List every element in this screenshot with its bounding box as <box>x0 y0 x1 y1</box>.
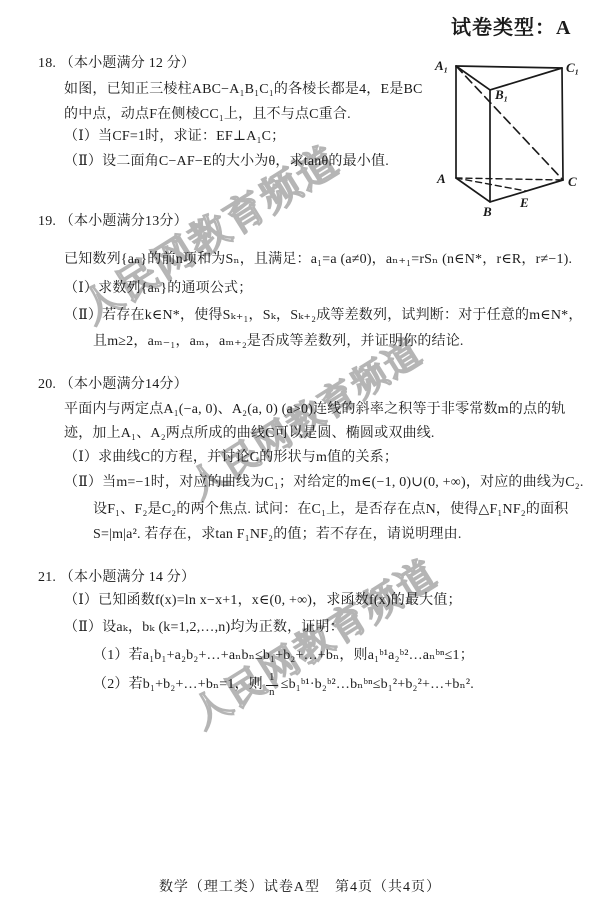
q20-score-line: 20. （本小题满分14分） <box>38 375 188 395</box>
page-footer: 数学（理工类）试卷A型 第4页（共4页） <box>0 876 600 896</box>
q20-part-2-cont-2: S=|m|a². 若存在，求tan F₁NF₂的值；若不存在，请说明理由. <box>93 525 462 545</box>
q19-part-2: （Ⅱ）若存在k∈N*，使得Sₖ₊₁，Sₖ，Sₖ₊₂成等差数列，试判断：对于任意的… <box>64 306 583 326</box>
q20-text-line-1: 平面内与两定点A₁(−a, 0)、A₂(a, 0) (a>0)连线的斜率之积等于… <box>64 400 566 420</box>
q20-part-2-cont-1: 设F₁、F₂是C₂的两个焦点. 试问：在C₁上，是否存在点N，使得△F₁NF₂的… <box>93 500 569 520</box>
prism-figure: A₁ C₁ B₁ A C B E <box>434 54 590 218</box>
q19-score-line: 19. （本小题满分13分） <box>38 212 188 232</box>
fraction-numerator: 1 <box>266 672 278 686</box>
vertex-label-b: B <box>482 204 492 218</box>
q20-part-2: （Ⅱ）当m=−1时，对应的曲线为C₁；对给定的m∈(−1, 0)∪(0, +∞)… <box>64 473 584 493</box>
vertex-label-e: E <box>519 195 529 210</box>
q21-part-2: （Ⅱ）设aₖ，bₖ (k=1,2,…,n)均为正数，证明： <box>64 618 344 638</box>
q20-part-1: （Ⅰ）求曲线C的方程，并讨论C的形状与m值的关系； <box>64 448 398 468</box>
watermark: 人民网教育频道 <box>179 544 446 739</box>
q20-text-line-2: 迹，加上A₁、A₂两点所成的曲线C可以是圆、椭圆或双曲线. <box>64 424 435 444</box>
fraction-one-over-n: 1 n <box>266 672 278 698</box>
q18-part-2: （Ⅱ）设二面角C−AF−E的大小为θ，求tanθ的最小值. <box>64 152 389 172</box>
q21-part-1: （Ⅰ）已知函数f(x)=ln x−x+1，x∈(0, +∞)，求函数f(x)的最… <box>64 591 462 611</box>
vertex-label-a: A <box>436 171 446 186</box>
q19-text-line-1: 已知数列{aₙ}的前n项和为Sₙ，且满足：a₁=a (a≠0)，aₙ₊₁=rSₙ… <box>64 250 572 270</box>
exam-page: 人民网教育频道 人民网教育频道 人民网教育频道 试卷类型：A 18. （本小题满… <box>0 0 600 914</box>
q19-part-2-cont: 且m≥2，aₘ₋₁，aₘ，aₘ₊₂是否成等差数列，并证明你的结论. <box>93 332 464 352</box>
vertex-label-c: C <box>568 174 577 189</box>
q21-sub-2-post: ≤b₁ᵇ¹·b₂ᵇ²…bₙᵇⁿ≤b₁²+b₂²+…+bₙ². <box>281 675 474 695</box>
q19-part-1: （Ⅰ）求数列{aₙ}的通项公式； <box>64 279 252 299</box>
q21-score-line: 21. （本小题满分 14 分） <box>38 568 195 588</box>
vertex-label-a1: A₁ <box>434 58 448 73</box>
fraction-denominator: n <box>269 686 275 699</box>
vertex-label-c1: C₁ <box>566 60 579 75</box>
q18-score-line: 18. （本小题满分 12 分） <box>38 54 195 74</box>
q21-sub-2-pre: （2）若b₁+b₂+…+bₙ=1，则 <box>93 675 263 695</box>
q18-text-line-2: 的中点，动点F在侧棱CC₁上，且不与点C重合. <box>64 105 351 125</box>
q21-sub-1: （1）若a₁b₁+a₂b₂+…+aₙbₙ≤b₁+b₂+…+bₙ，则a₁ᵇ¹a₂ᵇ… <box>93 646 474 666</box>
q21-sub-2: （2）若b₁+b₂+…+bₙ=1，则 1 n ≤b₁ᵇ¹·b₂ᵇ²…bₙᵇⁿ≤b… <box>93 672 474 698</box>
q18-text-line-1: 如图，已知正三棱柱ABC−A₁B₁C₁的各棱长都是4，E是BC <box>64 80 423 100</box>
q18-part-1: （Ⅰ）当CF=1时，求证：EF⊥A₁C； <box>64 127 285 147</box>
vertex-label-b1: B₁ <box>494 87 508 102</box>
paper-type-label: 试卷类型：A <box>451 11 571 40</box>
